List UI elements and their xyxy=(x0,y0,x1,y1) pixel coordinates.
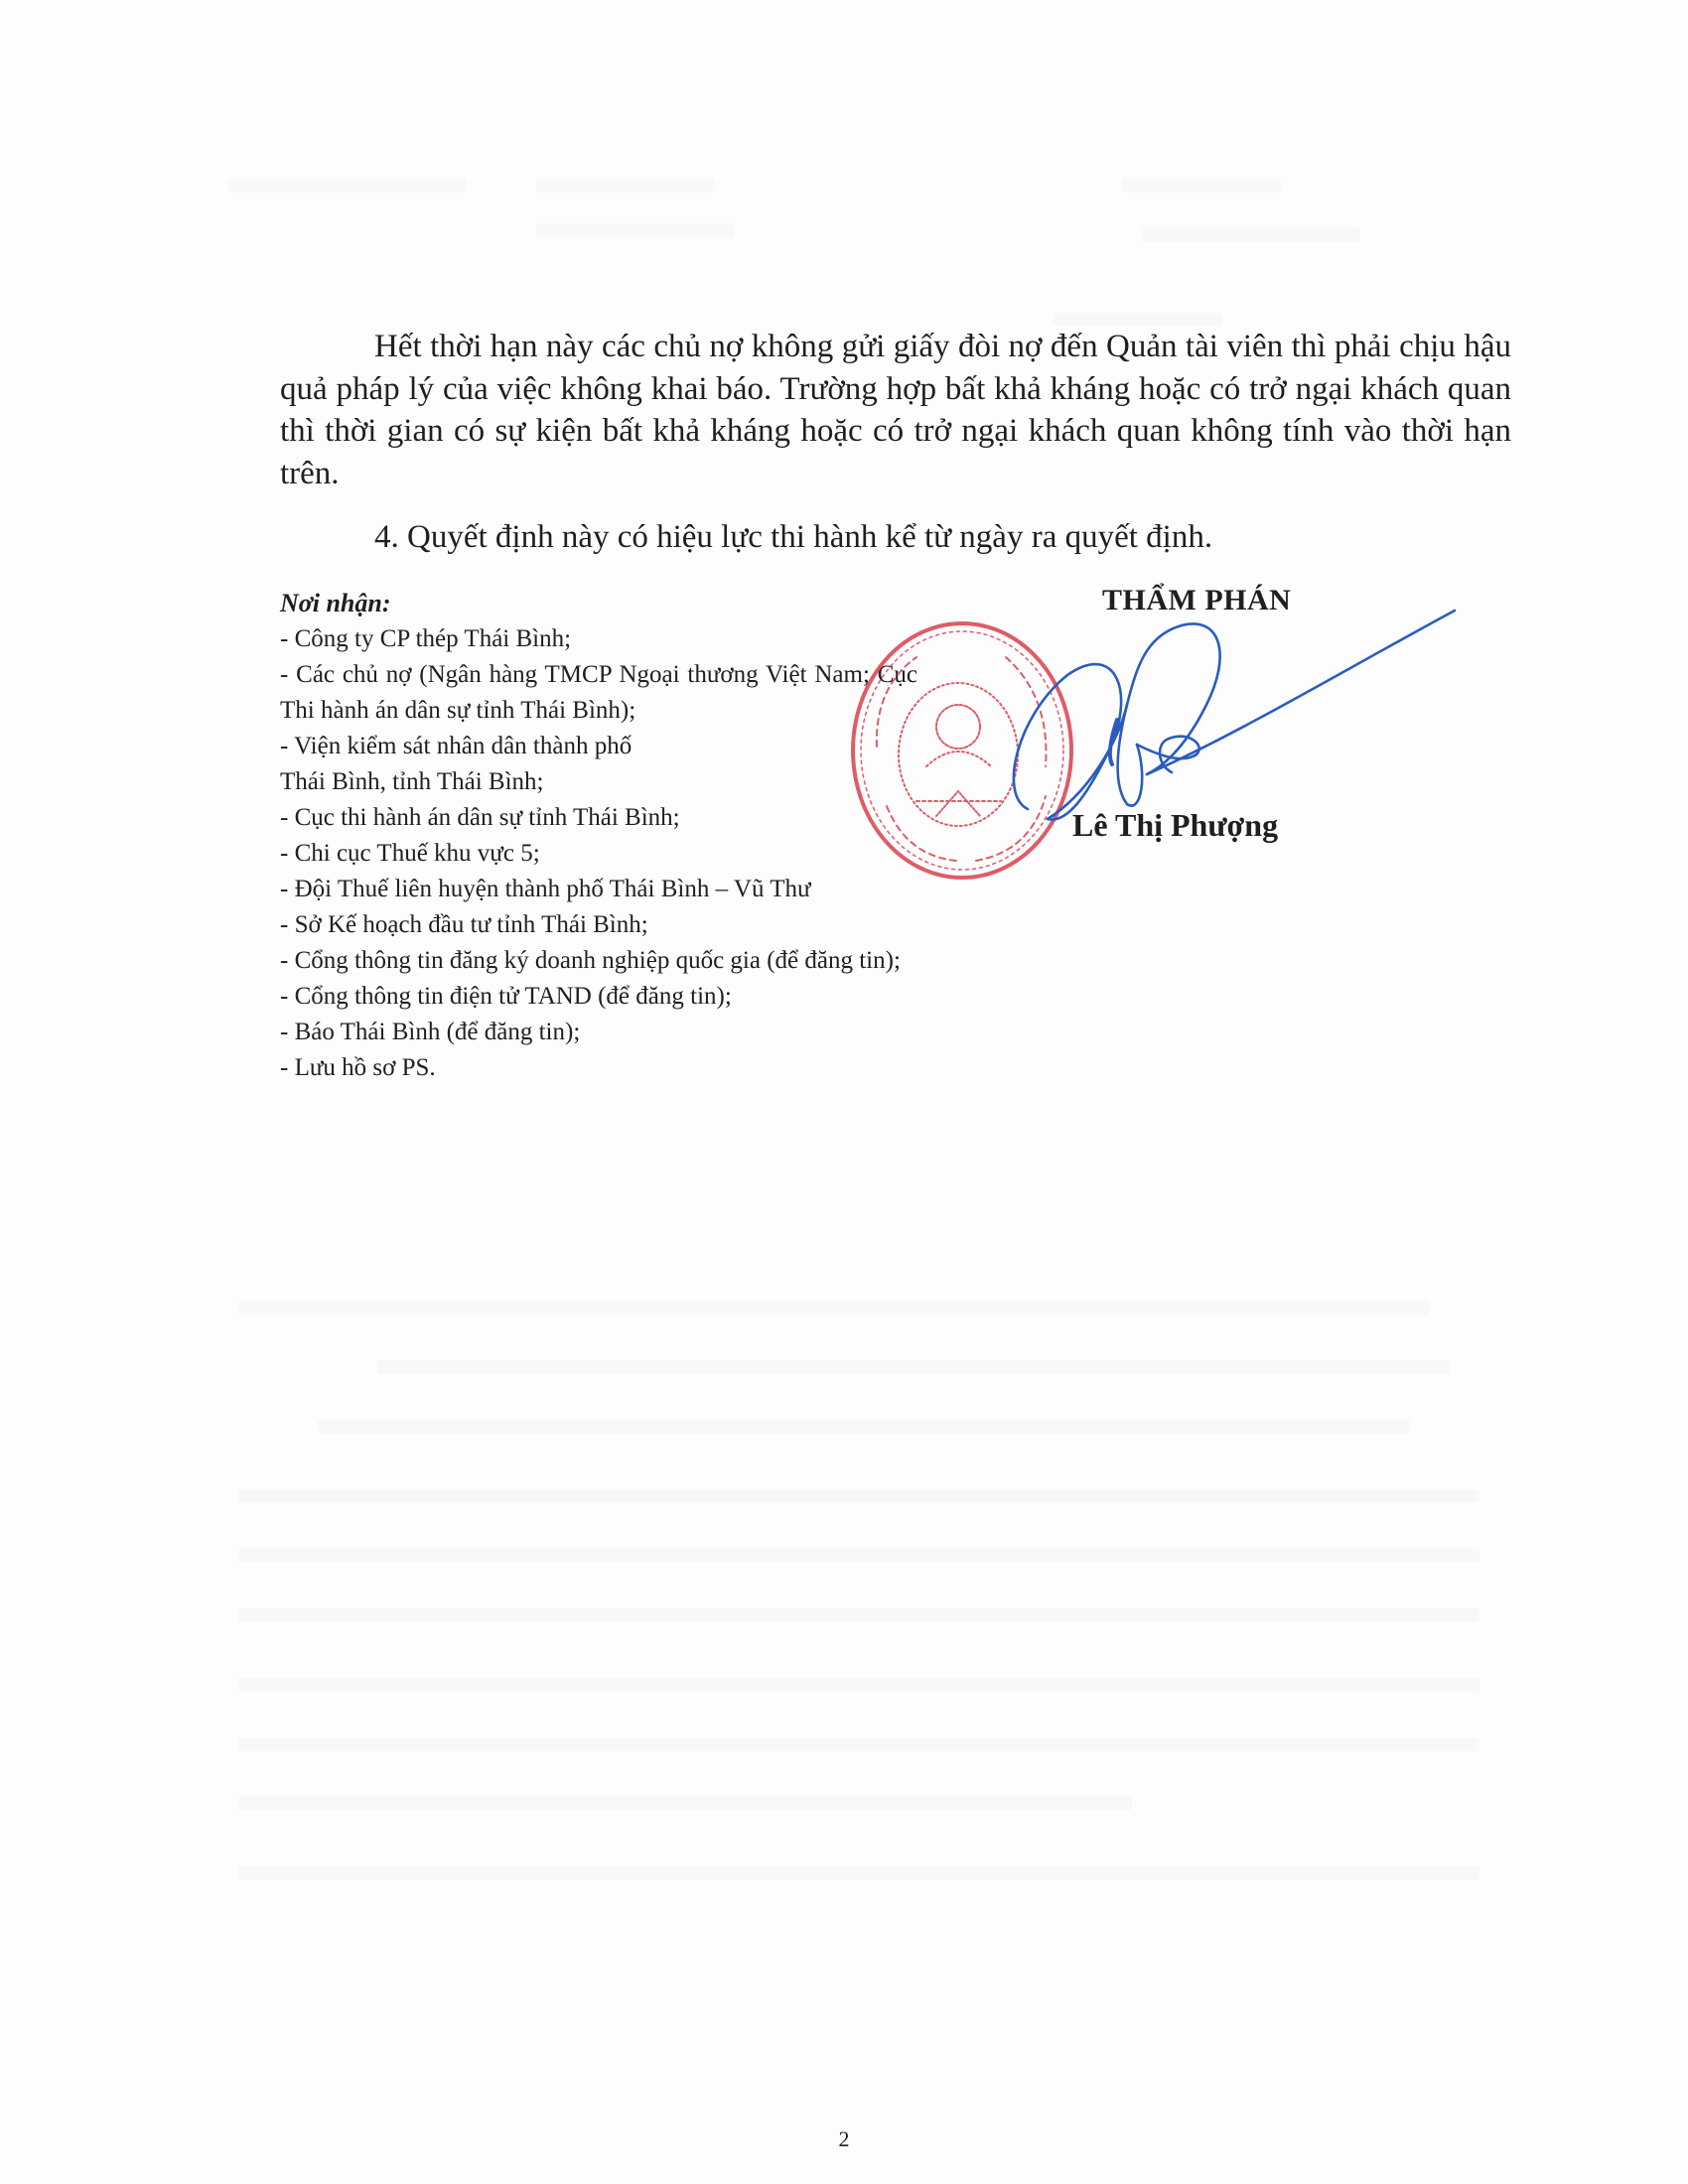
recipient-item: - Cục thi hành án dân sự tỉnh Thái Bình; xyxy=(280,800,917,836)
bleed-through-mark xyxy=(1122,179,1281,193)
bleed-through-mark xyxy=(228,179,467,193)
recipient-item: - Báo Thái Bình (để đăng tin); xyxy=(280,1015,917,1050)
bleed-through-mark xyxy=(238,1866,1479,1880)
recipient-item: - Cổng thông tin điện tử TAND (để đăng t… xyxy=(280,979,917,1015)
recipients-list: Nơi nhận: - Công ty CP thép Thái Bình; -… xyxy=(280,586,917,1086)
bleed-through-mark xyxy=(238,1737,1479,1751)
recipient-item: - Lưu hồ sơ PS. xyxy=(280,1050,917,1086)
recipient-item: Thái Bình, tỉnh Thái Bình; xyxy=(280,764,917,800)
body-paragraph-effective: 4. Quyết định này có hiệu lực thi hành k… xyxy=(280,516,1511,559)
bleed-through-mark xyxy=(238,1608,1479,1622)
recipients-heading: Nơi nhận: xyxy=(280,586,917,621)
body-paragraph-deadline: Hết thời hạn này các chủ nợ không gửi gi… xyxy=(280,326,1511,494)
bleed-through-mark xyxy=(238,1797,1132,1811)
recipient-item: - Đội Thuế liên huyện thành phố Thái Bìn… xyxy=(280,872,917,907)
bleed-through-mark xyxy=(1053,313,1221,327)
bleed-through-mark xyxy=(238,1678,1479,1692)
bleed-through-mark xyxy=(238,1489,1479,1503)
document-page: Hết thời hạn này các chủ nợ không gửi gi… xyxy=(0,0,1688,2184)
recipient-item: - Các chủ nợ (Ngân hàng TMCP Ngoại thươn… xyxy=(280,657,917,729)
recipient-item: - Chi cục Thuế khu vực 5; xyxy=(280,836,917,872)
bleed-through-mark xyxy=(238,1300,1430,1314)
recipient-item: - Sở Kế hoạch đầu tư tỉnh Thái Bình; xyxy=(280,907,917,943)
recipient-item: - Cổng thông tin đăng ký doanh nghiệp qu… xyxy=(280,943,917,979)
bleed-through-mark xyxy=(536,223,735,237)
bleed-through-mark xyxy=(238,1549,1479,1563)
bleed-through-mark xyxy=(1142,228,1360,242)
bleed-through-mark xyxy=(536,179,715,193)
page-number: 2 xyxy=(0,2126,1688,2152)
recipient-item: - Công ty CP thép Thái Bình; xyxy=(280,621,917,657)
bleed-through-mark xyxy=(318,1420,1410,1433)
recipient-item: - Viện kiểm sát nhân dân thành phố xyxy=(280,729,917,764)
bleed-through-mark xyxy=(377,1360,1450,1374)
handwritten-signature xyxy=(1008,596,1465,834)
